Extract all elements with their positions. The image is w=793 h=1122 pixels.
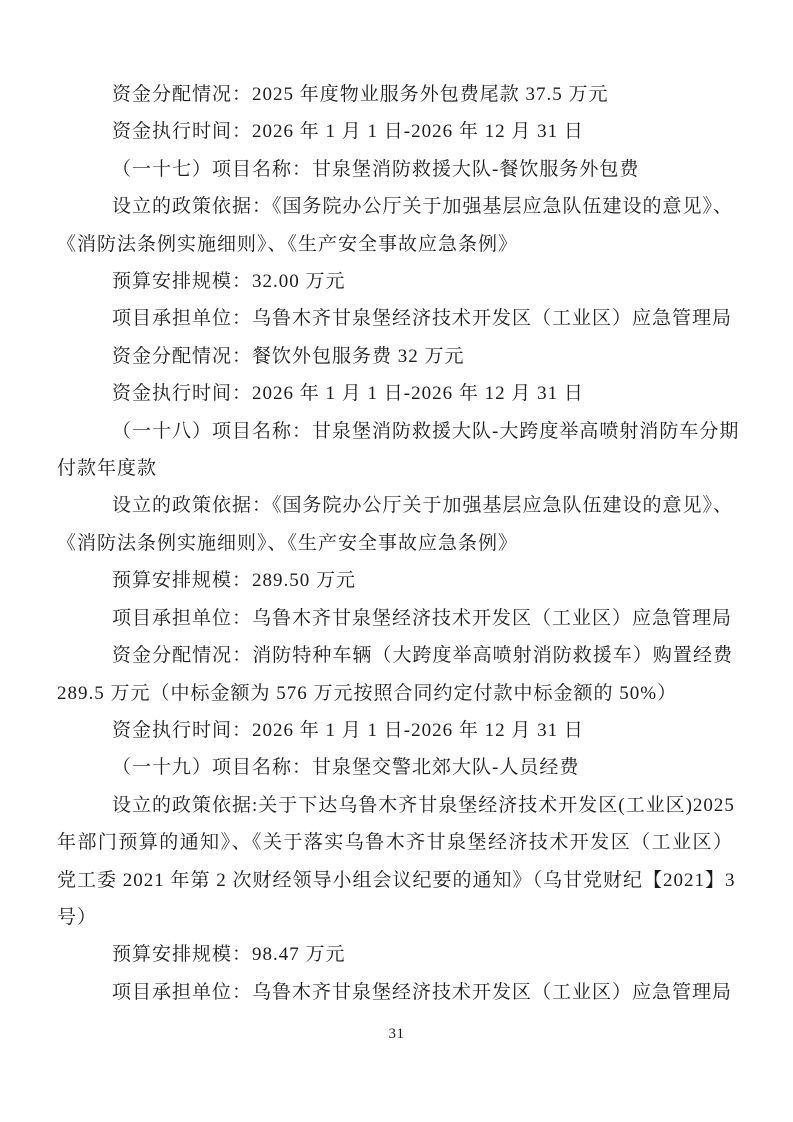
text-line: 设立的政策依据:关于下达乌鲁木齐甘泉堡经济技术开发区(工业区)2025 (57, 787, 733, 824)
text-line: 《消防法条例实施细则》、《生产安全事故应急条例》 (57, 525, 733, 562)
text-line: 项目承担单位：乌鲁木齐甘泉堡经济技术开发区（工业区）应急管理局 (57, 300, 733, 337)
text-line: 资金执行时间：2026 年 1 月 1 日-2026 年 12 月 31 日 (57, 113, 733, 150)
text-line: 党工委 2021 年第 2 次财经领导小组会议纪要的通知》（乌甘党财纪【2021… (57, 862, 733, 899)
text-line: 项目承担单位：乌鲁木齐甘泉堡经济技术开发区（工业区）应急管理局 (57, 974, 733, 1011)
text-line: 《消防法条例实施细则》、《生产安全事故应急条例》 (57, 226, 733, 263)
text-line: 资金执行时间：2026 年 1 月 1 日-2026 年 12 月 31 日 (57, 375, 733, 412)
text-line: 预算安排规模：289.50 万元 (57, 562, 733, 599)
text-line: 设立的政策依据：《国务院办公厅关于加强基层应急队伍建设的意见》、 (57, 188, 733, 225)
text-line: （一十九）项目名称：甘泉堡交警北郊大队-人员经费 (57, 749, 733, 786)
text-line: （一十八）项目名称：甘泉堡消防救援大队-大跨度举高喷射消防车分期 (57, 413, 733, 450)
text-line: 预算安排规模：98.47 万元 (57, 936, 733, 973)
text-line: 付款年度款 (57, 450, 733, 487)
page-number: 31 (0, 1026, 793, 1043)
text-line: 资金分配情况：2025 年度物业服务外包费尾款 37.5 万元 (57, 76, 733, 113)
text-line: 项目承担单位：乌鲁木齐甘泉堡经济技术开发区（工业区）应急管理局 (57, 600, 733, 637)
text-line: 年部门预算的通知》、《关于落实乌鲁木齐甘泉堡经济技术开发区（工业区） (57, 824, 733, 861)
text-line: 资金分配情况：餐饮外包服务费 32 万元 (57, 338, 733, 375)
text-line: （一十七）项目名称：甘泉堡消防救援大队-餐饮服务外包费 (57, 151, 733, 188)
text-line: 号） (57, 899, 733, 936)
document-body: 资金分配情况：2025 年度物业服务外包费尾款 37.5 万元资金执行时间：20… (57, 76, 733, 1011)
text-line: 预算安排规模：32.00 万元 (57, 263, 733, 300)
text-line: 资金分配情况：消防特种车辆（大跨度举高喷射消防救援车）购置经费 (57, 637, 733, 674)
document-page: 资金分配情况：2025 年度物业服务外包费尾款 37.5 万元资金执行时间：20… (0, 0, 793, 1122)
text-line: 289.5 万元（中标金额为 576 万元按照合同约定付款中标金额的 50%） (57, 675, 733, 712)
text-line: 资金执行时间：2026 年 1 月 1 日-2026 年 12 月 31 日 (57, 712, 733, 749)
text-line: 设立的政策依据：《国务院办公厅关于加强基层应急队伍建设的意见》、 (57, 487, 733, 524)
